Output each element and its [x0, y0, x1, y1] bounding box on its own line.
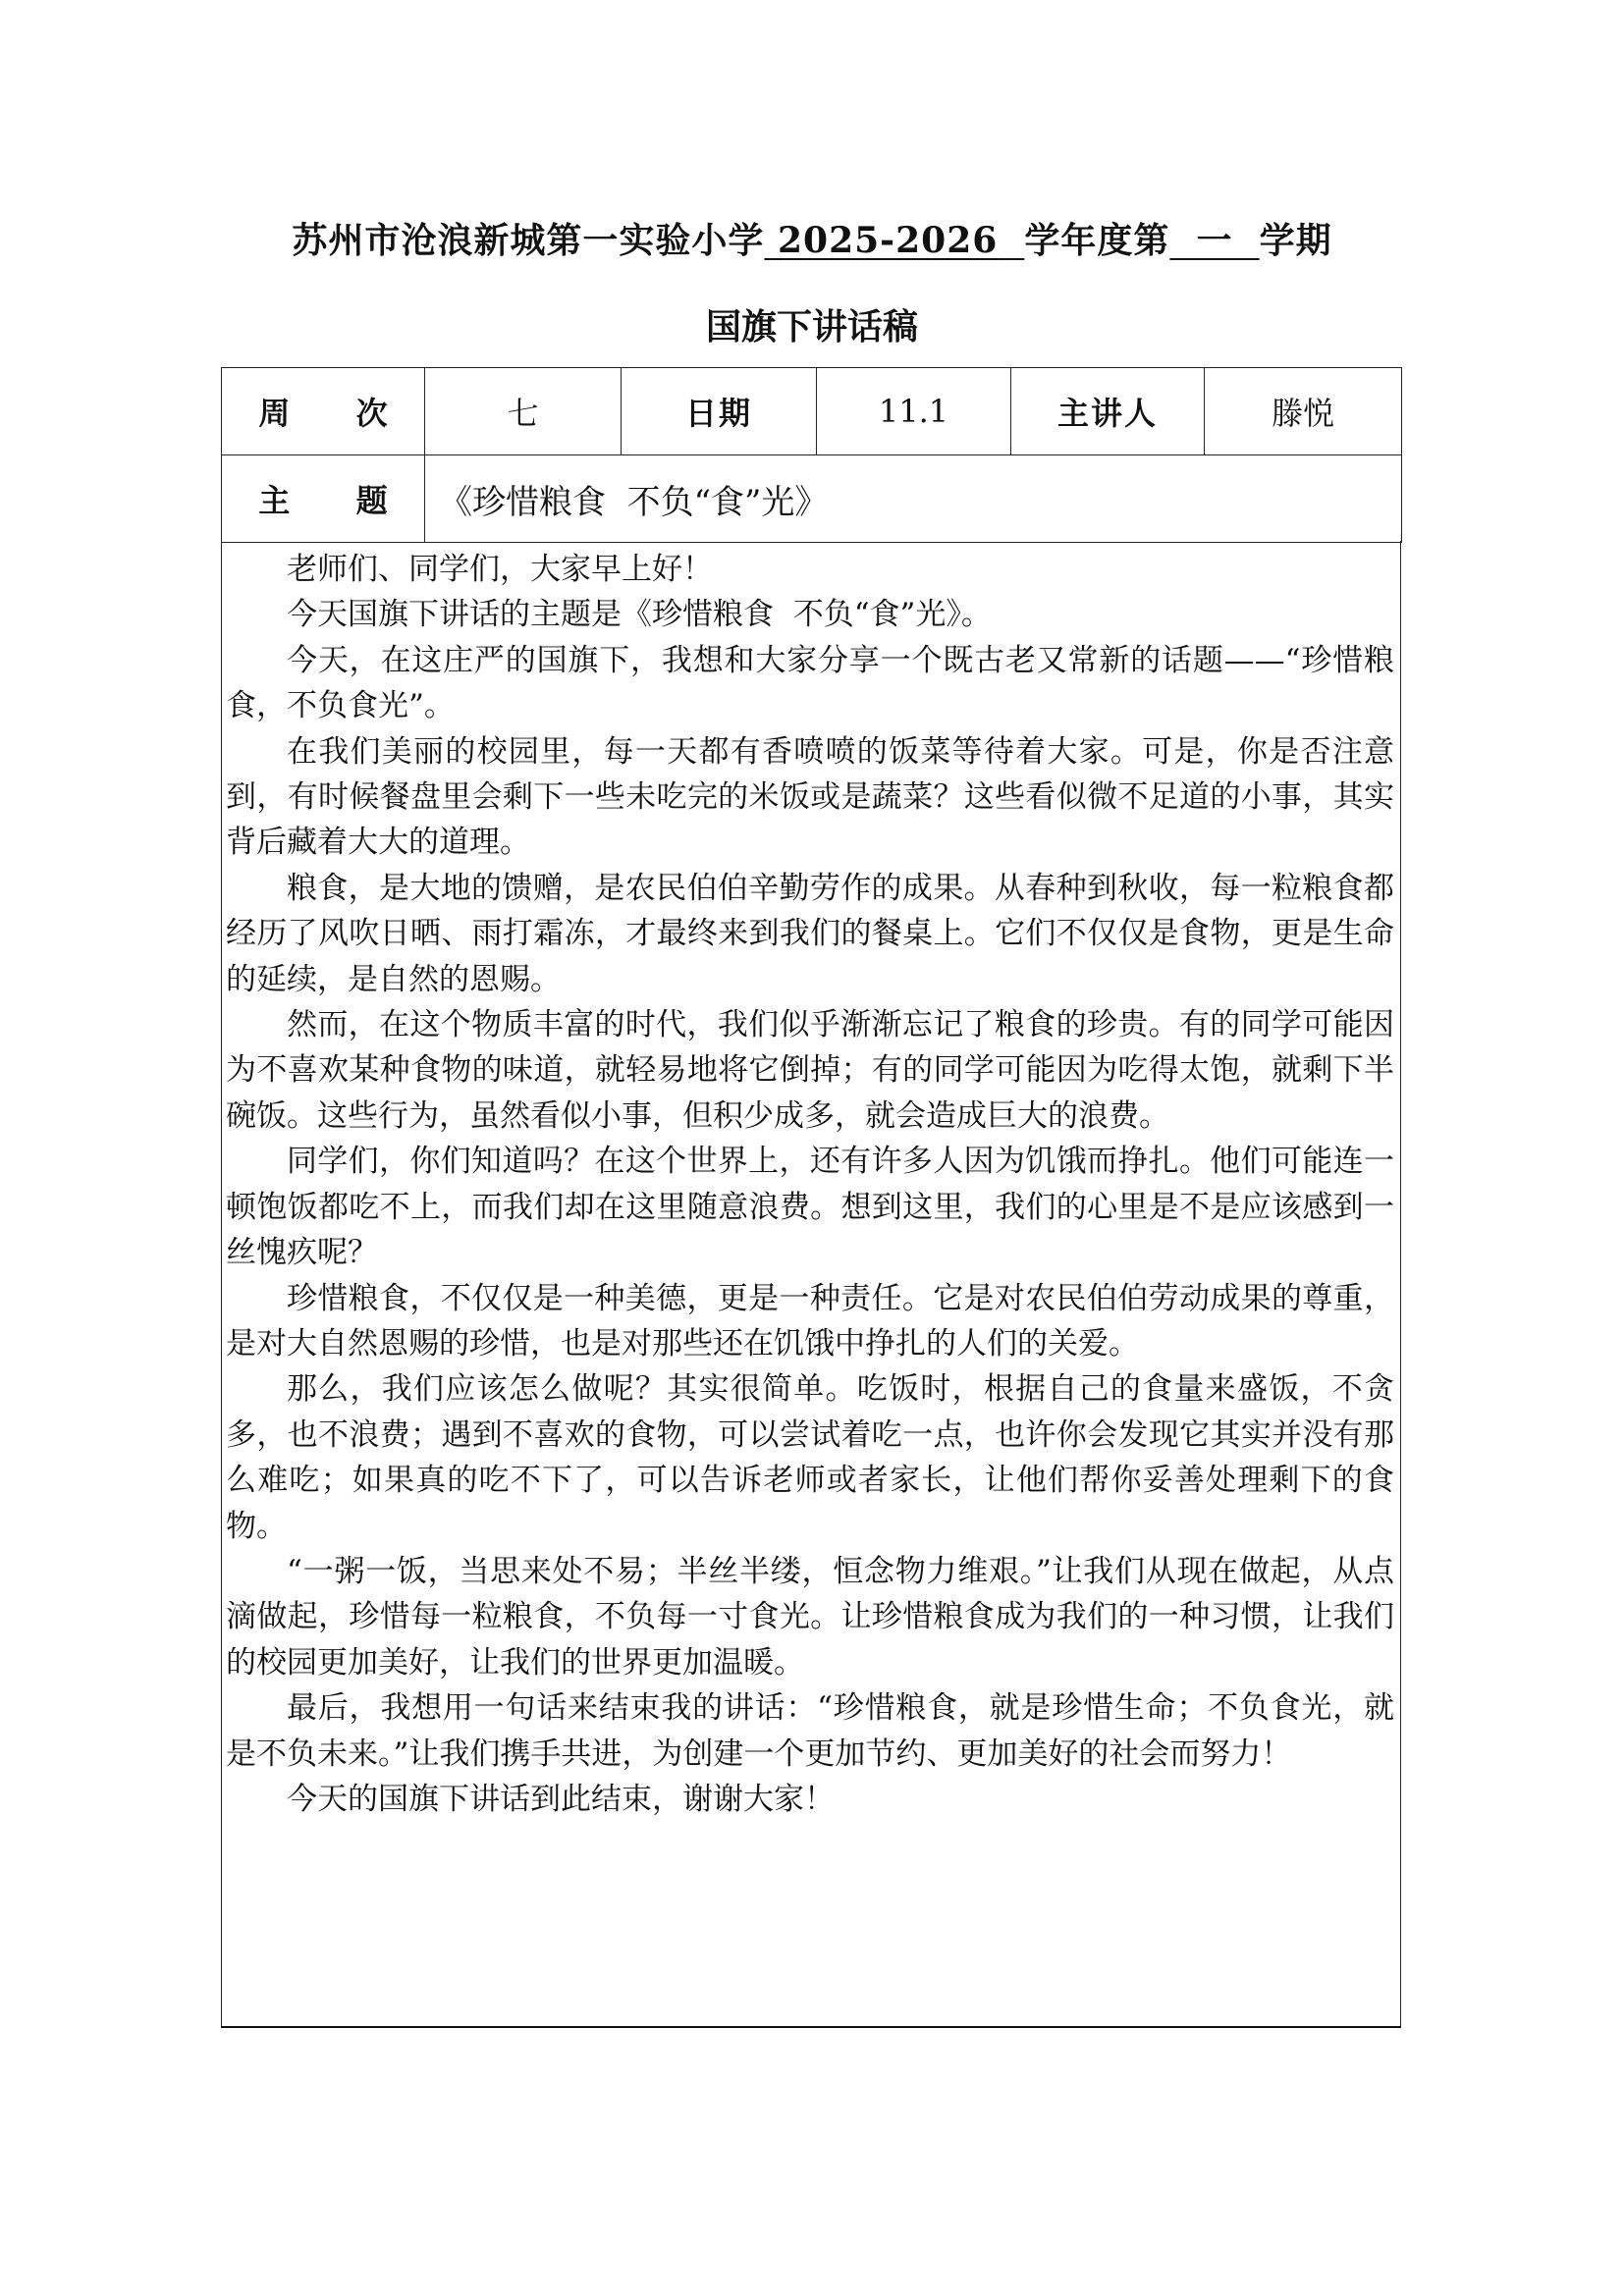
document-heading: 苏州市沧浪新城第一实验小学 2025-2026 学年度第 一 学期 [0, 211, 1624, 270]
speech-paragraph: “一粥一饭，当思来处不易；半丝半缕，恒念物力维艰。”让我们从现在做起，从点滴做起… [226, 1549, 1394, 1685]
date-label: 日期 [622, 368, 817, 455]
document-title: 国旗下讲话稿 [0, 297, 1624, 356]
semester-suffix: 学期 [1260, 220, 1332, 261]
speech-paragraph: 同学们，你们知道吗？在这个世界上，还有许多人因为饥饿而挣扎。他们可能连一顿饱饭都… [226, 1139, 1394, 1275]
academic-year: 2025-2026 [764, 220, 1024, 261]
topic-value: 《珍惜粮食 不负“食”光》 [425, 455, 1402, 543]
info-table: 周 次 七 日期 11.1 主讲人 滕悦 主 题 《珍惜粮食 不负“食”光》 [221, 367, 1402, 543]
speech-text: 老师们、同学们，大家早上好！ 今天国旗下讲话的主题是《珍惜粮食 不负“食”光》。… [226, 547, 1394, 1822]
school-name: 苏州市沧浪新城第一实验小学 [292, 220, 764, 261]
speech-paragraph: 今天，在这庄严的国旗下，我想和大家分享一个既古老又常新的话题——“珍惜粮食，不负… [226, 638, 1394, 729]
speech-paragraph: 老师们、同学们，大家早上好！ [226, 547, 1394, 592]
speaker-label: 主讲人 [1011, 368, 1205, 455]
year-suffix: 学年度第 [1024, 220, 1169, 261]
info-row: 周 次 七 日期 11.1 主讲人 滕悦 [222, 368, 1402, 455]
speaker-value: 滕悦 [1205, 368, 1402, 455]
week-label: 周 次 [222, 368, 425, 455]
speech-paragraph: 今天的国旗下讲话到此结束，谢谢大家！ [226, 1777, 1394, 1822]
topic-row: 主 题 《珍惜粮食 不负“食”光》 [222, 455, 1402, 543]
speech-paragraph: 珍惜粮食，不仅仅是一种美德，更是一种责任。它是对农民伯伯劳动成果的尊重，是对大自… [226, 1276, 1394, 1367]
speech-paragraph: 然而，在这个物质丰富的时代，我们似乎渐渐忘记了粮食的珍贵。有的同学可能因为不喜欢… [226, 1002, 1394, 1139]
semester-number: 一 [1169, 220, 1259, 261]
speech-paragraph: 那么，我们应该怎么做呢？其实很简单。吃饭时，根据自己的食量来盛饭，不贪多，也不浪… [226, 1366, 1394, 1549]
speech-paragraph: 今天国旗下讲话的主题是《珍惜粮食 不负“食”光》。 [226, 592, 1394, 637]
speech-paragraph: 粮食，是大地的馈赠，是农民伯伯辛勤劳作的成果。从春种到秋收，每一粒粮食都经历了风… [226, 866, 1394, 1002]
speech-paragraph: 最后，我想用一句话来结束我的讲话：“珍惜粮食，就是珍惜生命；不负食光，就是不负未… [226, 1685, 1394, 1777]
speech-paragraph: 在我们美丽的校园里，每一天都有香喷喷的饭菜等待着大家。可是，你是否注意到，有时候… [226, 729, 1394, 866]
topic-label: 主 题 [222, 455, 425, 543]
date-value: 11.1 [817, 368, 1011, 455]
week-value: 七 [425, 368, 622, 455]
speech-body-cell: 老师们、同学们，大家早上好！ 今天国旗下讲话的主题是《珍惜粮食 不负“食”光》。… [221, 541, 1401, 2028]
